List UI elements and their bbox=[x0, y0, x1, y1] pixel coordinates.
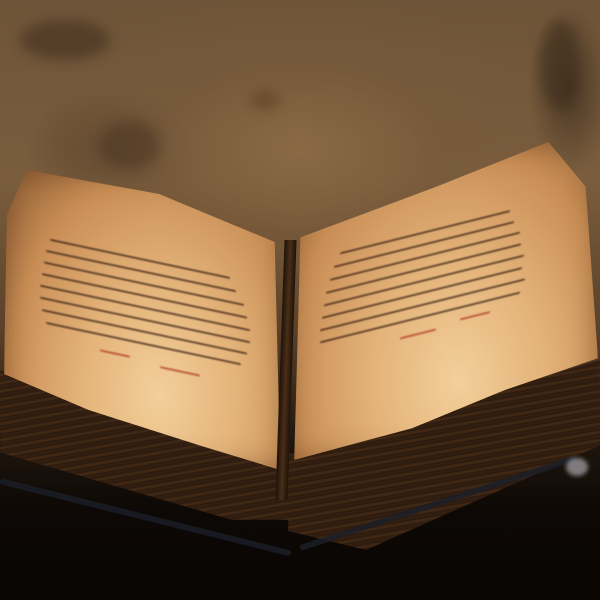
open-book bbox=[0, 0, 600, 600]
script-line bbox=[40, 285, 250, 332]
red-rubric bbox=[400, 329, 436, 340]
script-line bbox=[42, 273, 247, 319]
photo-scene bbox=[0, 0, 600, 600]
red-rubric bbox=[100, 349, 130, 357]
script-line bbox=[46, 322, 241, 365]
red-rubric bbox=[160, 366, 200, 377]
red-rubric bbox=[460, 311, 490, 320]
script-line bbox=[40, 297, 250, 344]
glass-glare bbox=[566, 458, 588, 476]
script-line bbox=[42, 309, 247, 355]
